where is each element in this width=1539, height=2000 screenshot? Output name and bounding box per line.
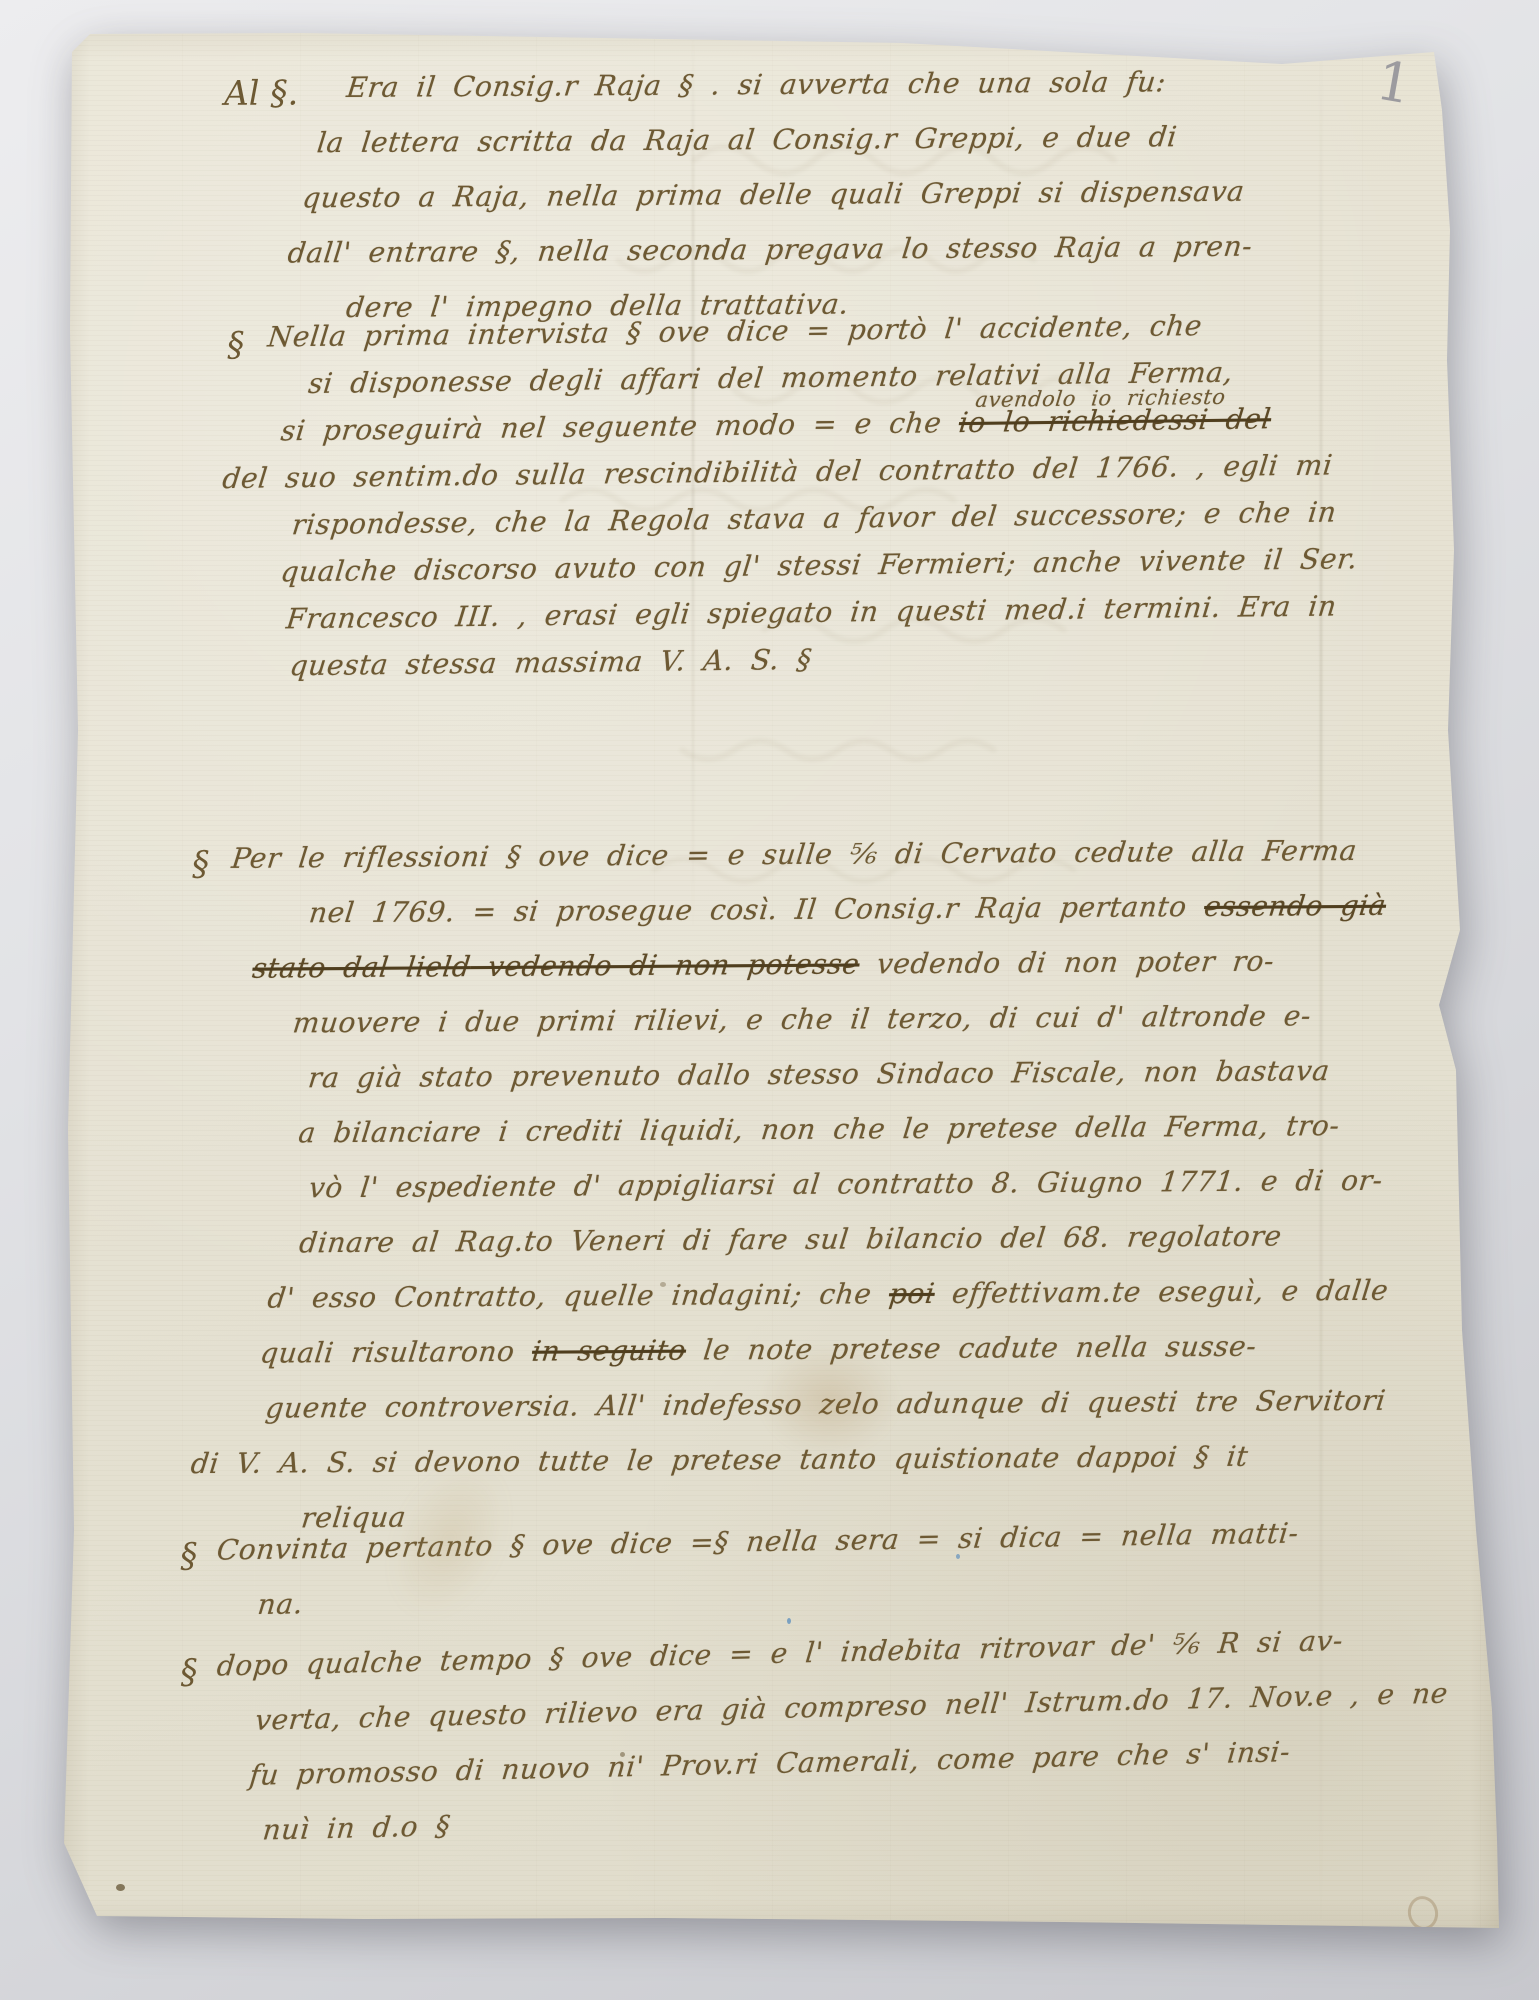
struck-text: vedendo di non potesse [469,947,862,983]
struck-text: stato dal lield [251,950,473,985]
manuscript-line: di V. A. S. si devono tutte le pretese t… [187,1438,1511,1502]
manuscript-line: ra già stato prevenuto dallo stesso Sind… [304,1053,1508,1116]
paragraph-mark: § [180,1536,198,1576]
paper-shadow: 1 Al §. Era il Consig.r Raja § . si avve… [0,0,1539,2000]
manuscript-line: Era il Consig.r Raja § . si avverta che … [342,63,1506,126]
manuscript-sheet: 1 Al §. Era il Consig.r Raja § . si avve… [64,30,1500,1932]
manuscript-paragraph: § Per le riflessioni § ove dice = e sull… [64,833,1505,1558]
interlinear-insertion: avendolo io richiesto [974,385,1227,412]
archive-stamp-mark [1405,1893,1441,1932]
struck-text: in seguito [530,1334,688,1368]
line-text: quali risultarono [258,1335,534,1370]
line-text: le note pretese cadute nella susse- [684,1330,1258,1367]
line-text: si proseguirà nel seguente modo = e che [279,406,961,447]
manuscript-paragraph: § Nella prima intervista § ove dice = po… [64,305,1504,699]
manuscript-line: nel 1769. = si prosegue così. Il Consig.… [305,888,1507,951]
paragraph-mark: § [227,325,244,365]
paragraph-mark: § [180,1652,198,1692]
paper-speck [116,1884,125,1891]
manuscript-paragraph: Al §. Era il Consig.r Raja § . si avvert… [64,63,1502,348]
paragraph-mark: § [192,844,209,884]
manuscript-line: guente controversia. All' indefesso zelo… [261,1383,1510,1447]
manuscript-line: Per le riflessioni § ove dice = e sulle … [227,833,1506,897]
manuscript-line: dinare al Rag.to Veneri di fare sul bila… [295,1218,1509,1281]
manuscript-line: d' esso Contratto, quelle indagini; che … [263,1273,1509,1337]
manuscript-line: la lettera scritta da Raja al Consig.r G… [313,118,1507,181]
manuscript-line: quali risultarono in seguito le note pre… [256,1328,1510,1392]
line-text: effettivam.te eseguì, e dalle [933,1274,1391,1310]
manuscript-line: stato dal lield vedendo di non potesse v… [248,943,1507,1007]
manuscript-line: vò l' espediente d' appigliarsi al contr… [305,1163,1509,1226]
manuscript-paragraph: § dopo qualche tempo § ove dice = e l' i… [64,1620,1505,1873]
line-text: nel 1769. = si prosegue così. Il Consig.… [307,890,1206,929]
struck-text: poi [887,1277,936,1310]
manuscript-line: a bilanciare i crediti liquidi, non che … [294,1108,1508,1171]
manuscript-line: dall' entrare §, nella seconda pregava l… [284,228,1508,292]
manuscript-line: muovere i due primi rilievi, e che il te… [289,998,1508,1062]
line-text: vedendo di non poter ro- [858,945,1277,981]
manuscript-line: questo a Raja, nella prima delle quali G… [298,173,1507,236]
line-text: d' esso Contratto, quelle indagini; che [266,1277,891,1314]
struck-text: essendo già [1202,889,1388,923]
photo-background: 1 Al §. Era il Consig.r Raja § . si avve… [0,0,1539,2000]
paragraph-mark: Al §. [224,73,298,114]
